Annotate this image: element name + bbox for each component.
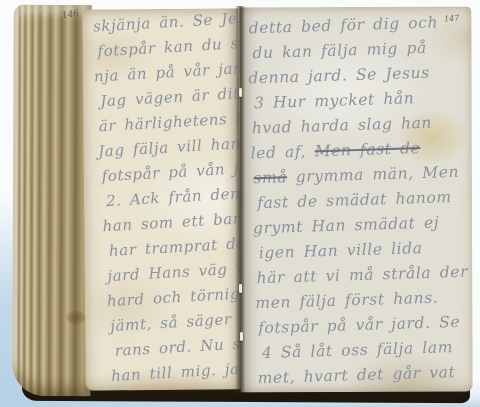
page-number-right: 147 [444,13,460,23]
stain [66,310,86,325]
handwriting-left: skjänja än. Se Jesu fotspår kan du sti n… [92,8,241,389]
handwriting-right: detta bed för dig och du kan fälja mig p… [248,10,471,391]
struck-text: små [253,168,287,187]
stitch-thread [239,284,242,293]
struck-text: Men fast de [314,139,420,160]
stitch-thread [239,88,242,97]
page-edge-stack [12,5,91,396]
stitch-thread [240,332,243,341]
left-page: skjänja än. Se Jesu fotspår kan du sti n… [82,8,241,390]
right-page: detta bed för dig och du kan fälja mig p… [239,7,472,393]
notebook-photo: skjänja än. Se Jesu fotspår kan du sti n… [0,0,480,407]
handwriting-line: met, hvart det går vat [257,360,471,392]
